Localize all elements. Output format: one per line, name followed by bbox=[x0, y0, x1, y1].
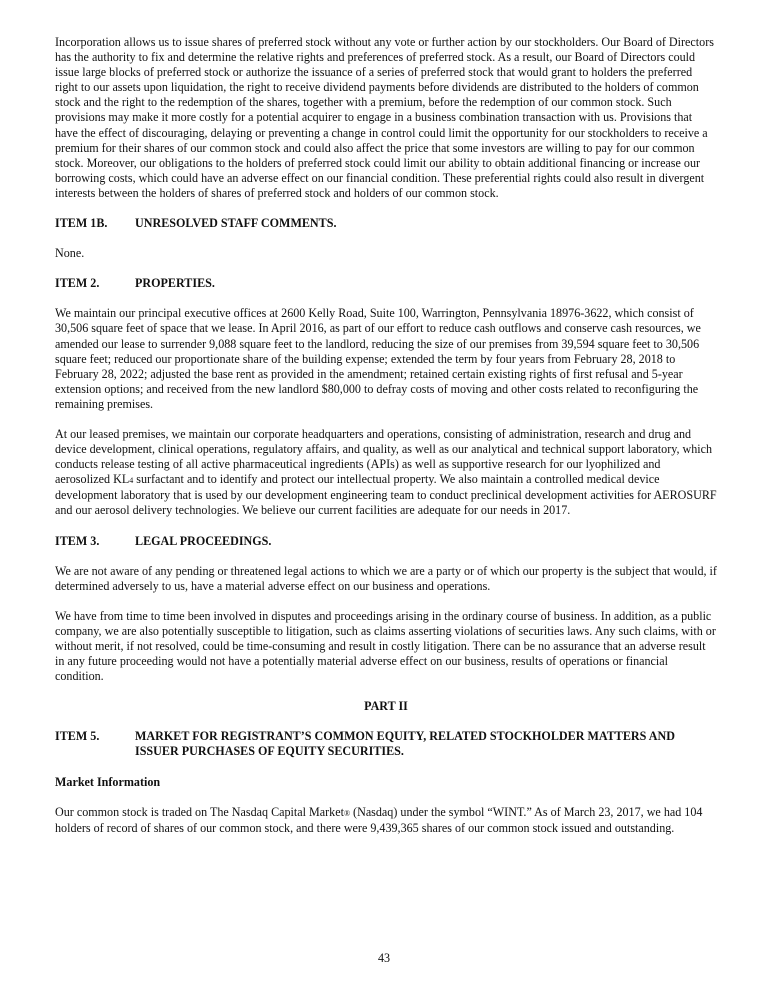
item-3-heading: ITEM 3. LEGAL PROCEEDINGS. bbox=[55, 534, 717, 549]
intro-paragraph: Incorporation allows us to issue shares … bbox=[55, 35, 717, 201]
part-2-heading: PART II bbox=[55, 699, 717, 714]
item-3-paragraph-2: We have from time to time been involved … bbox=[55, 609, 717, 684]
market-information-subheading: Market Information bbox=[55, 775, 717, 790]
item-1b-body: None. bbox=[55, 246, 717, 261]
page-number: 43 bbox=[0, 951, 768, 966]
item-1b-title: UNRESOLVED STAFF COMMENTS. bbox=[135, 216, 717, 231]
item-5-heading: ITEM 5. MARKET FOR REGISTRANT’S COMMON E… bbox=[55, 729, 717, 759]
item-5-number: ITEM 5. bbox=[55, 729, 135, 759]
item-2-number: ITEM 2. bbox=[55, 276, 135, 291]
item-5-paragraph: Our common stock is traded on The Nasdaq… bbox=[55, 805, 717, 836]
item-1b-number: ITEM 1B. bbox=[55, 216, 135, 231]
item-2-heading: ITEM 2. PROPERTIES. bbox=[55, 276, 717, 291]
item-3-number: ITEM 3. bbox=[55, 534, 135, 549]
item-3-paragraph-1: We are not aware of any pending or threa… bbox=[55, 564, 717, 594]
item-2-paragraph-1: We maintain our principal executive offi… bbox=[55, 306, 717, 412]
document-page: Incorporation allows us to issue shares … bbox=[55, 35, 717, 851]
item-5-paragraph-text-a: Our common stock is traded on The Nasdaq… bbox=[55, 805, 344, 819]
item-1b-heading: ITEM 1B. UNRESOLVED STAFF COMMENTS. bbox=[55, 216, 717, 231]
item-5-title: MARKET FOR REGISTRANT’S COMMON EQUITY, R… bbox=[135, 729, 717, 759]
item-2-paragraph-2-text-b: surfactant and to identify and protect o… bbox=[55, 472, 717, 517]
item-2-paragraph-2: At our leased premises, we maintain our … bbox=[55, 427, 717, 519]
item-2-title: PROPERTIES. bbox=[135, 276, 717, 291]
item-3-title: LEGAL PROCEEDINGS. bbox=[135, 534, 717, 549]
